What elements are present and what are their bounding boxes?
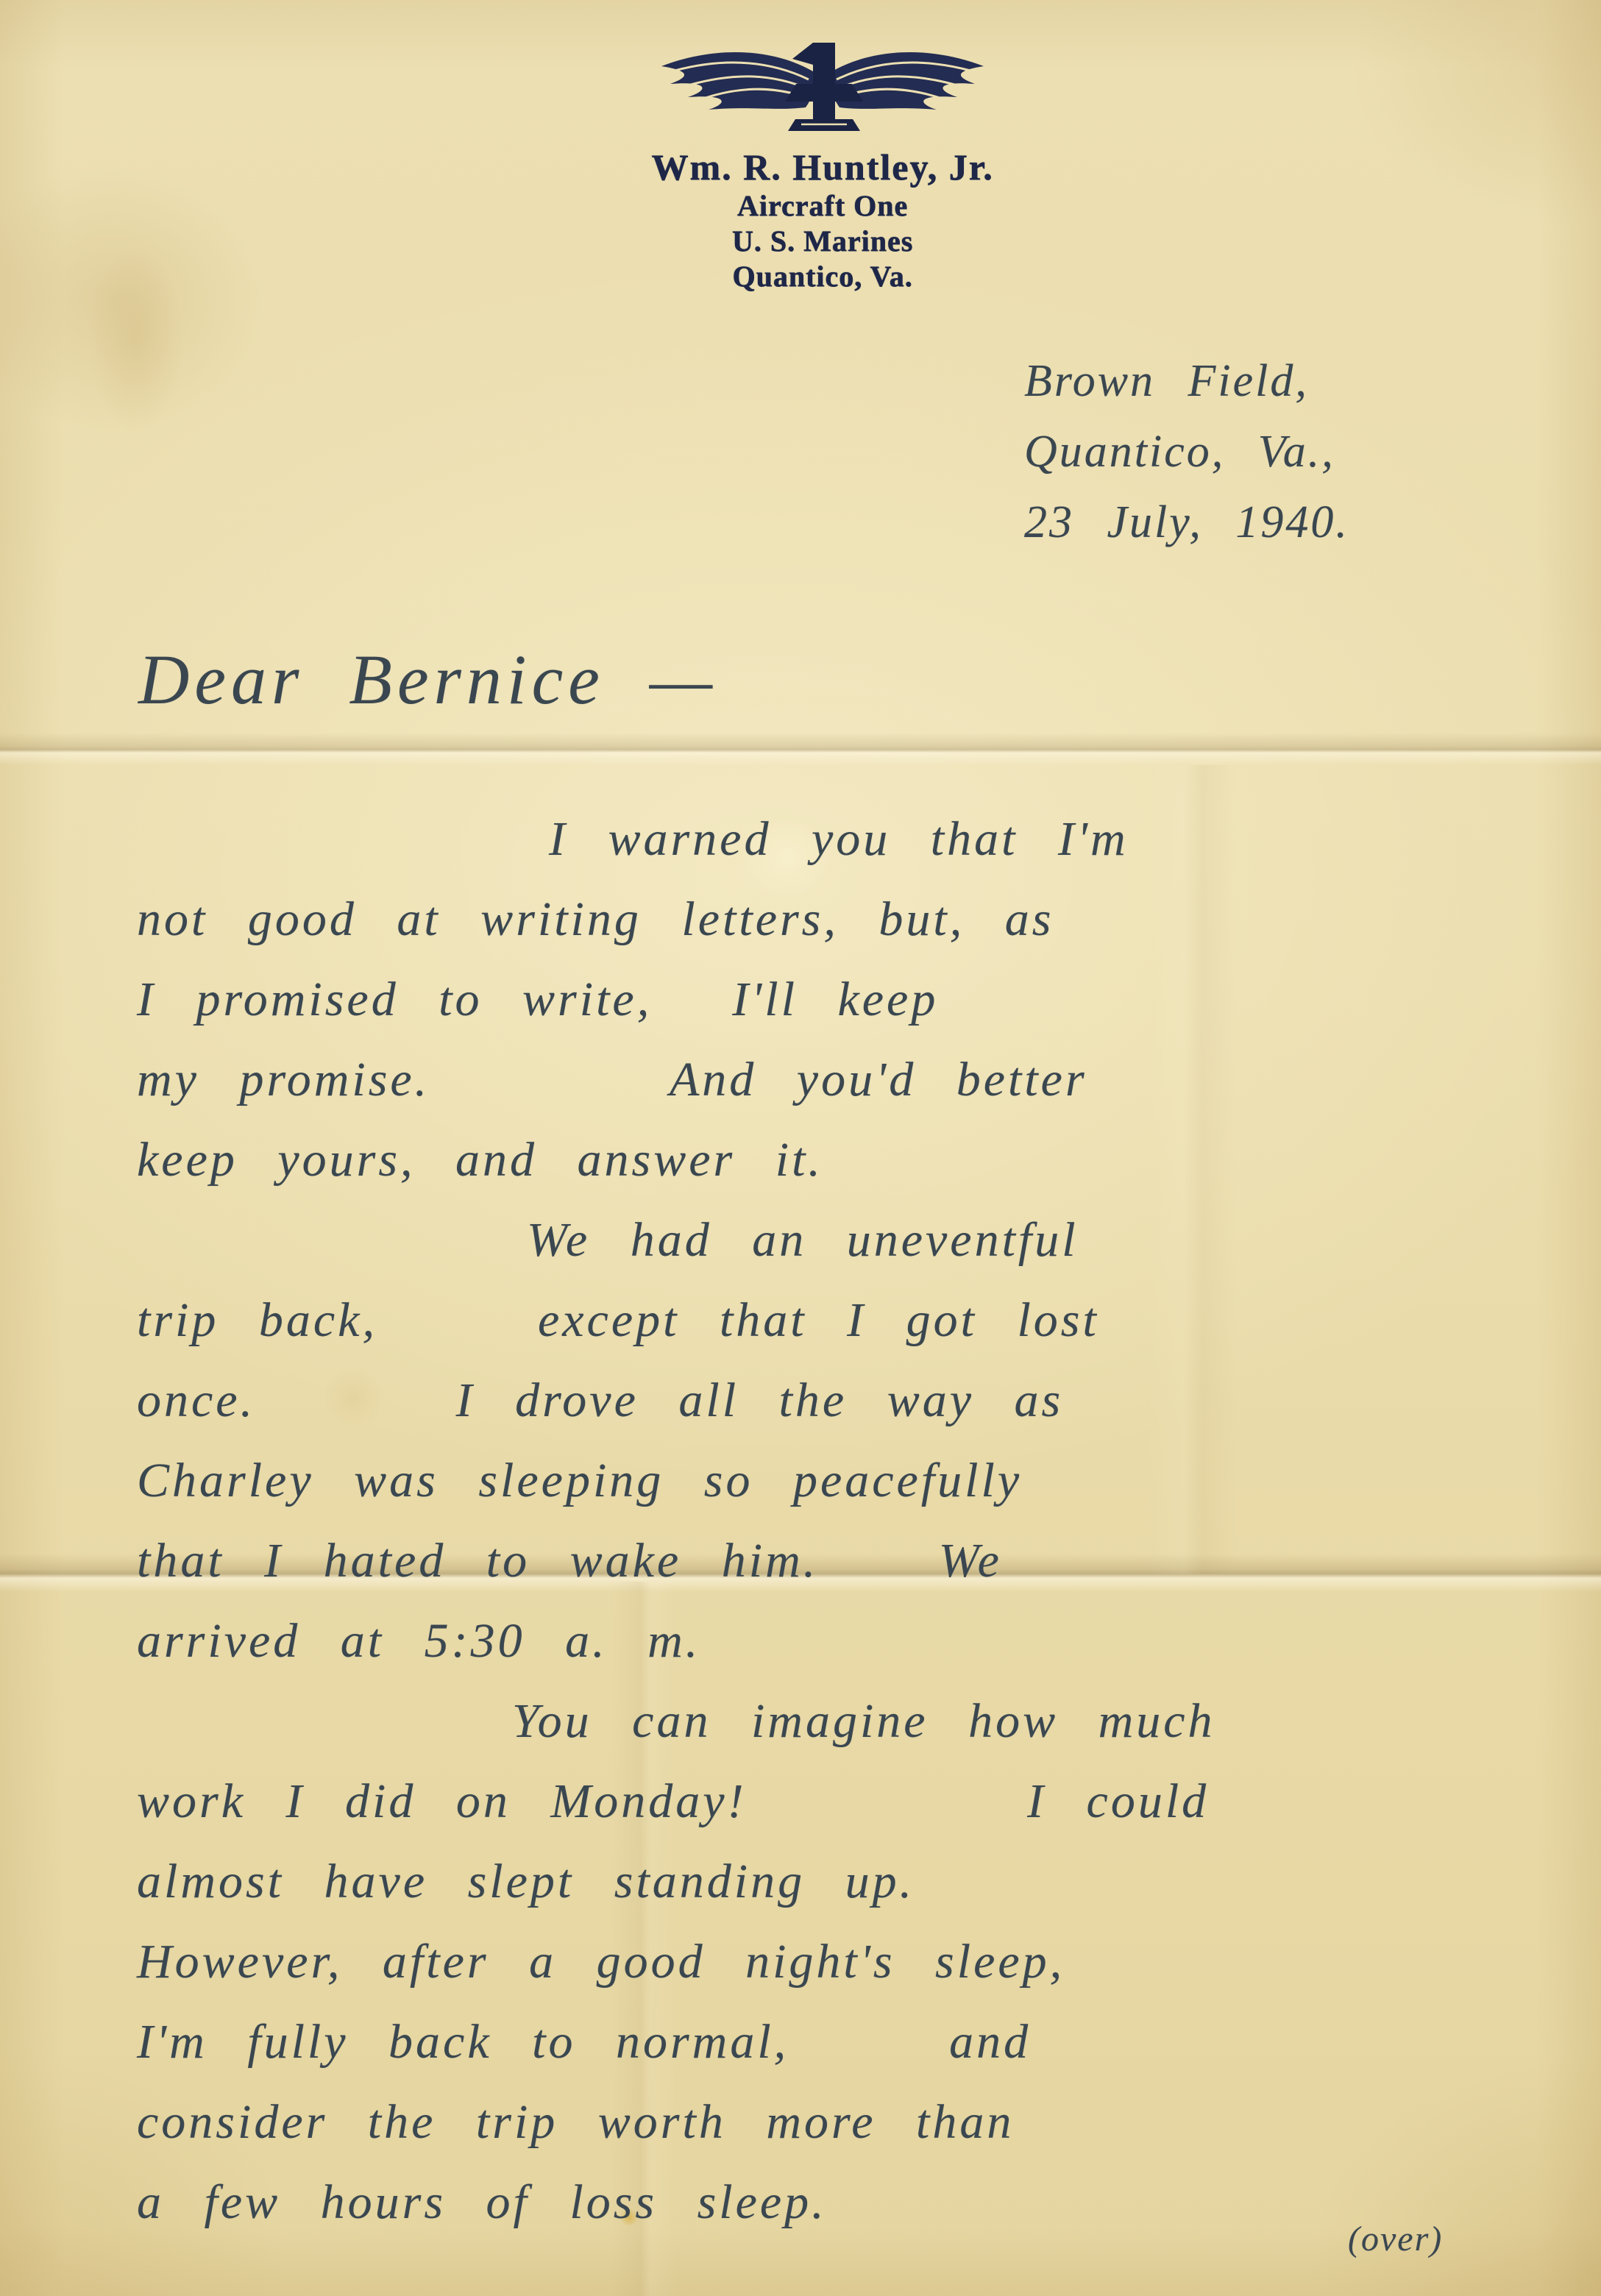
letter-line: once. I drove all the way as (137, 1360, 1469, 1440)
letter-line: a few hours of loss sleep. (137, 2162, 1469, 2242)
dateline-date: 23 July, 1940. (1024, 487, 1349, 558)
letter-line: I promised to write, I'll keep (137, 959, 1469, 1039)
letter-page: Wm. R. Huntley, Jr. Aircraft One U. S. M… (0, 0, 1601, 2296)
letter-line: keep yours, and answer it. (137, 1120, 1469, 1200)
letter-line: trip back, except that I got lost (137, 1280, 1469, 1360)
dateline-place: Brown Field, (1024, 346, 1349, 416)
fold-crease-top (0, 733, 1601, 765)
salutation: Dear Bernice — (138, 639, 717, 720)
letter-body: I warned you that I'm not good at writin… (137, 799, 1469, 2242)
winged-one-insignia-icon (22, 38, 1601, 135)
letter-line: Charley was sleeping so peacefully (137, 1440, 1469, 1521)
letter-line: arrived at 5:30 a. m. (137, 1601, 1469, 1681)
letter-line: not good at writing letters, but, as (137, 879, 1469, 959)
letter-line: that I hated to wake him. We (137, 1521, 1469, 1601)
letterhead-name: Wm. R. Huntley, Jr. (22, 146, 1601, 188)
letter-line: We had an uneventful (137, 1200, 1469, 1280)
letterhead: Wm. R. Huntley, Jr. Aircraft One U. S. M… (22, 38, 1601, 294)
letter-line: consider the trip worth more than (137, 2082, 1469, 2162)
letterhead-unit: Aircraft One (22, 188, 1601, 224)
letter-line: work I did on Monday! I could (137, 1761, 1469, 1841)
letter-line: I warned you that I'm (137, 799, 1469, 879)
dateline: Brown Field, Quantico, Va., 23 July, 194… (1024, 346, 1349, 558)
letter-line: You can imagine how much (137, 1681, 1469, 1761)
letter-line: I'm fully back to normal, and (137, 2002, 1469, 2082)
letterhead-branch: U. S. Marines (22, 224, 1601, 259)
letter-line: my promise. And you'd better (137, 1039, 1469, 1120)
letterhead-location: Quantico, Va. (22, 259, 1601, 294)
dateline-city: Quantico, Va., (1024, 416, 1349, 487)
letter-line: However, after a good night's sleep, (137, 1922, 1469, 2002)
over-note: (over) (1348, 2219, 1443, 2259)
letter-line: almost have slept standing up. (137, 1841, 1469, 1922)
